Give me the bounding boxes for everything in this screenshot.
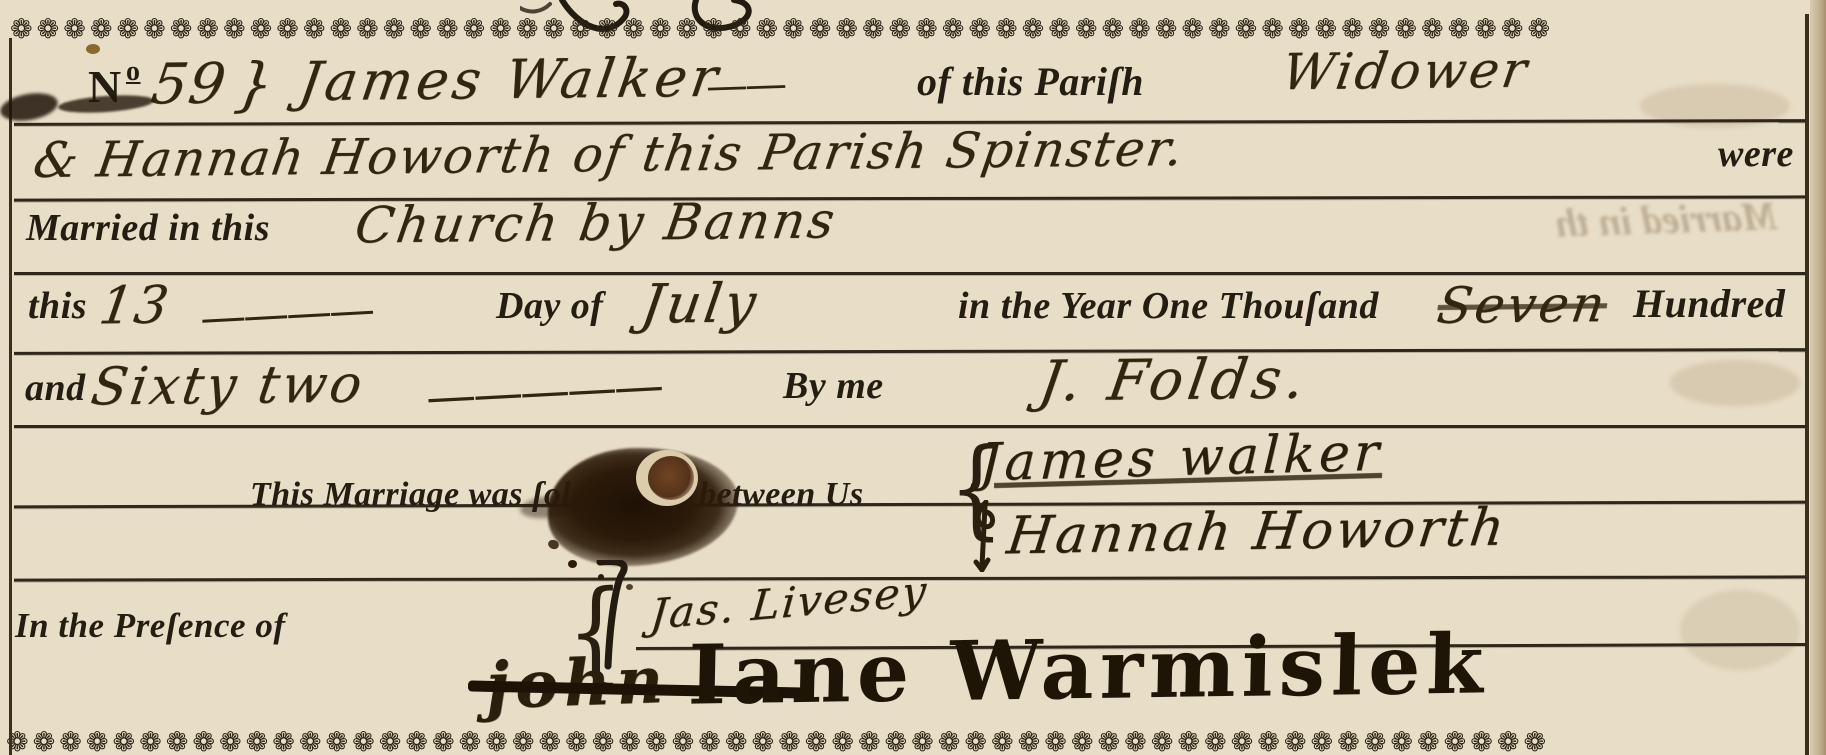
showthrough-text: Married in th bbox=[1554, 192, 1778, 247]
day-dash-stroke: ———— bbox=[199, 282, 374, 345]
ink-dot bbox=[86, 44, 100, 54]
register-line bbox=[14, 348, 1806, 355]
were-label: were bbox=[1718, 132, 1794, 176]
register-line bbox=[14, 425, 1806, 428]
ink-blot-core bbox=[648, 456, 694, 500]
entry-number-brace: } bbox=[231, 50, 280, 118]
entry-number-value: 59 bbox=[147, 52, 231, 118]
bride-mark-flourish bbox=[970, 500, 1000, 572]
ornament-border-bottom: ❁❁❁❁❁❁❁❁❁❁❁❁❁❁❁❁❁❁❁❁❁❁❁❁❁❁❁❁❁❁❁❁❁❁❁❁❁❁❁❁… bbox=[6, 729, 1820, 755]
register-line bbox=[14, 272, 1806, 275]
of-this-parish-label: of this Pariſh bbox=[917, 58, 1144, 105]
year-printed-label: in the Year One Thouſand bbox=[958, 284, 1379, 328]
left-margin-rule bbox=[9, 38, 12, 755]
day-of-label: Day of bbox=[496, 284, 603, 328]
by-me-label: By me bbox=[783, 364, 884, 408]
hundred-label: Hundred bbox=[1633, 280, 1785, 327]
entry-number-label-sup: o bbox=[126, 56, 141, 88]
tens-dash-stroke: ————— bbox=[425, 356, 663, 426]
bride-line: & Hannah Howorth of this Parish Spinster… bbox=[30, 120, 1189, 189]
this-label: this bbox=[28, 284, 87, 328]
witness2-signature: Iane Warmislek bbox=[687, 616, 1490, 723]
ornament-border-top: ❁❁❁❁❁❁❁❁❁❁❁❁❁❁❁❁❁❁❁❁❁❁❁❁❁❁❁❁❁❁❁❁❁❁❁❁❁❁❁❁… bbox=[10, 16, 1810, 48]
and-label: and bbox=[25, 366, 86, 410]
year-hundreds-value: Seven bbox=[1434, 275, 1612, 335]
groom-signature: James walker bbox=[978, 423, 1384, 494]
married-in-this-label: Married in this bbox=[26, 206, 270, 250]
officiant-signature: J. Folds. bbox=[1035, 347, 1314, 415]
bride-signature: Hannah Howorth bbox=[1004, 498, 1511, 567]
month-value: July bbox=[637, 271, 763, 335]
register-line bbox=[14, 195, 1806, 201]
page-edge bbox=[1810, 0, 1826, 755]
groom-name: James Walker bbox=[295, 46, 726, 113]
register-page: Married in th ❁❁❁❁❁❁❁❁❁❁❁❁❁❁❁❁❁❁❁❁❁❁❁❁❁❁… bbox=[0, 0, 1826, 755]
showthrough-smudge bbox=[1670, 360, 1800, 406]
place-and-method: Church by Banns bbox=[351, 191, 841, 254]
groom-status: Widower bbox=[1279, 41, 1534, 102]
presence-label: In the Preſence of bbox=[15, 606, 285, 646]
ink-smear bbox=[58, 93, 155, 116]
year-tens-value: Sixty two bbox=[87, 355, 368, 418]
day-value: 13 bbox=[96, 276, 174, 337]
showthrough-smudge bbox=[1680, 590, 1800, 670]
groom-dash-stroke: —— bbox=[705, 59, 785, 111]
